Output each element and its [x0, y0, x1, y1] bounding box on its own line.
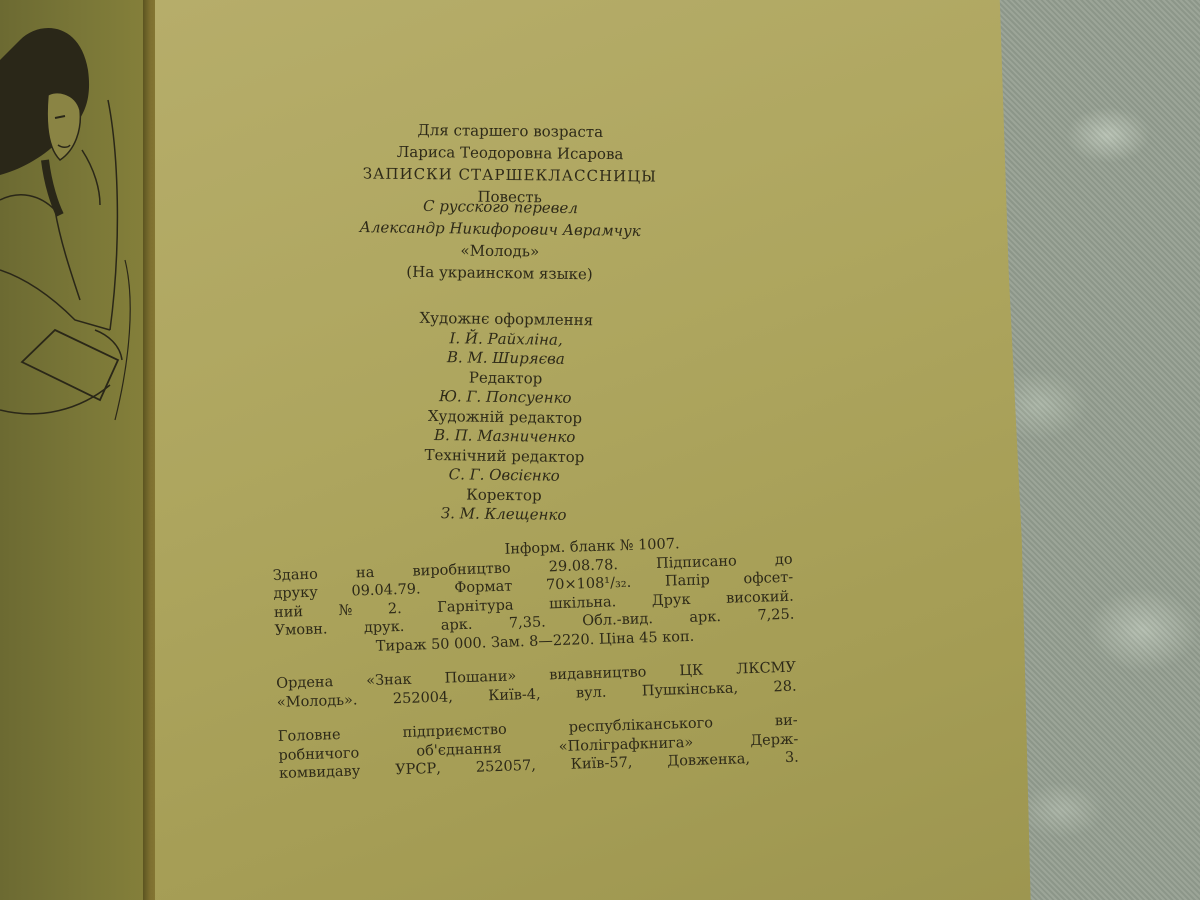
- translation-info: С русского перевел Александр Никифорович…: [309, 193, 690, 286]
- book-title: ЗАПИСКИ СТАРШЕКЛАССНИЦЫ: [350, 162, 670, 187]
- girl-illustration-icon: [0, 0, 150, 460]
- credits: Художнє оформленняІ. Й. Райхліна,В. М. Ш…: [354, 308, 657, 527]
- left-page: [0, 0, 150, 900]
- credit-name: З. М. Клещенко: [354, 503, 654, 527]
- imprint: Інформ. бланк № 1007. Зданонавиробництво…: [272, 532, 799, 784]
